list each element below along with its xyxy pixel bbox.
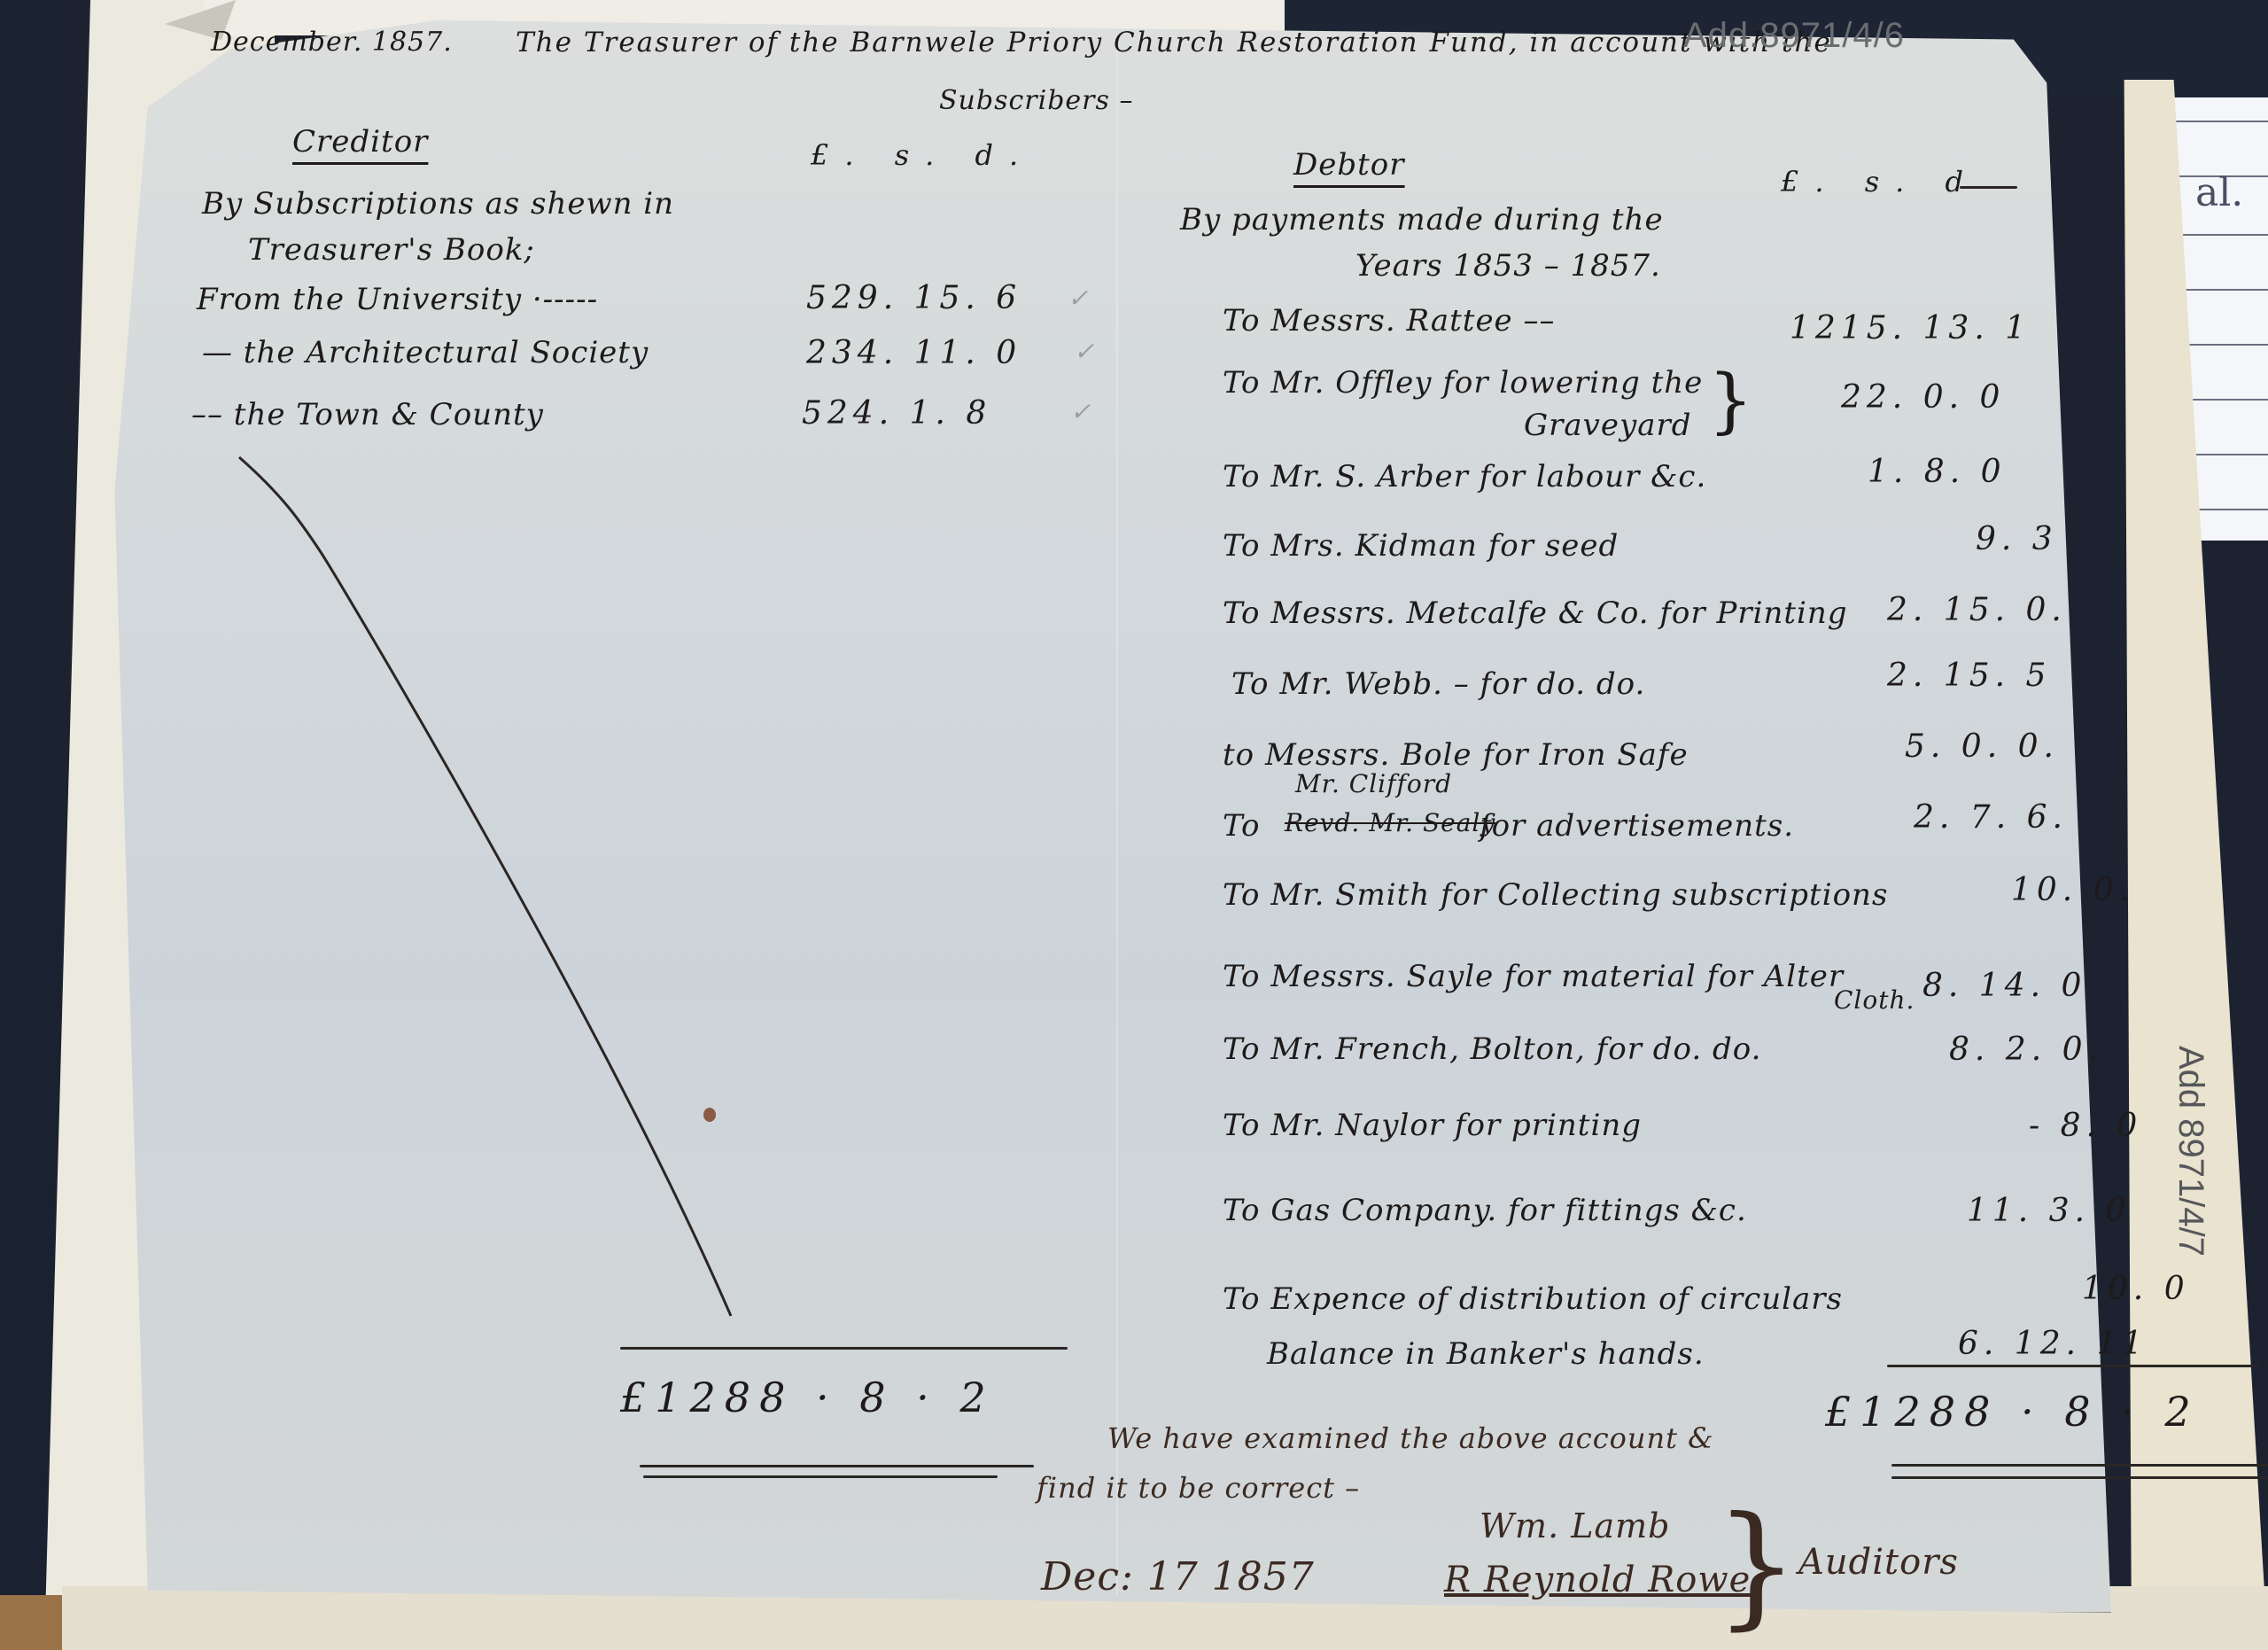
debtor-entry-label: To Mr. French, Bolton, for do. do. — [1223, 1031, 1761, 1067]
debtor-entry-amount: 2. 15. 5 — [1887, 658, 2051, 694]
brace-icon: } — [1708, 359, 1754, 441]
debtor-entry-label: To Mr. Smith for Collecting subscription… — [1223, 877, 1888, 913]
debtor-entry-amount: 11. 3. 0 — [1967, 1193, 2131, 1229]
creditor-entry-amount: 234. 11. 0 — [806, 335, 1021, 371]
creditor-total-rule — [620, 1347, 1068, 1350]
debtor-entry-amount: 22. 0. 0 — [1841, 379, 2005, 416]
debtor-entry-amount: 9. 3 — [1976, 521, 2058, 557]
debtor-entry-label: To Messrs. Rattee –– — [1223, 303, 1556, 339]
debtor-entry-label: To Gas Company. for fittings &c. — [1223, 1193, 1747, 1228]
audit-date: Dec: 17 1857 — [1041, 1554, 1315, 1599]
inserted-name: Mr. Clifford — [1295, 769, 1452, 798]
creditor-heading: Creditor — [292, 124, 428, 160]
wooden-table — [0, 1595, 62, 1650]
debtor-entry-label: To Mr. S. Arber for labour &c. — [1223, 459, 1706, 494]
auditors-label: Auditors — [1798, 1542, 1959, 1583]
creditor-entry-amount: 524. 1. 8 — [802, 395, 991, 432]
creditor-entry-label: — the Architectural Society — [202, 335, 649, 370]
creditor-total: £1288 · 8 · 2 — [620, 1374, 995, 1421]
debtor-total: £1288 · 8 · 2 — [1825, 1388, 2200, 1436]
debtor-entry-amount: - 8. 0 — [2029, 1108, 2142, 1144]
debtor-entry-amount: 8. 2. 0. — [1949, 1031, 2103, 1068]
notebook-mark: al. — [2195, 170, 2243, 215]
audit-statement-2: find it to be correct – — [1037, 1471, 1360, 1505]
creditor-double-rule-2 — [643, 1475, 998, 1478]
debtor-entry-amount: 1. 8. 0 — [1868, 454, 2007, 490]
debtor-entry-amount: 2. 7. 6. — [1914, 799, 2068, 836]
check-mark-icon: ✓ — [1068, 284, 1089, 313]
debtor-entry-label: To Mr. Webb. – for do. do. — [1231, 666, 1645, 702]
debtor-entry-label: To Messrs. Metcalfe & Co. for Printing — [1223, 595, 1848, 631]
auditor-signature-1: Wm. Lamb — [1480, 1506, 1671, 1545]
debtor-entry-label: To Messrs. Sayle for material for Alter — [1223, 959, 1844, 994]
debtor-entry-amount: 5. 0. 0. — [1905, 728, 2059, 765]
brace-icon: } — [1714, 1489, 1799, 1643]
debtor-heading: Debtor — [1293, 147, 1405, 183]
balance-label: Balance in Banker's hands. — [1267, 1336, 1705, 1372]
title-line-2: Subscribers – — [939, 85, 1133, 116]
creditor-currency-header: £. s. d. — [811, 138, 1034, 172]
debtor-entry-label-continued: Cloth. — [1834, 985, 1915, 1015]
debtor-intro-2: Years 1853 – 1857. — [1355, 248, 1661, 284]
debtor-intro-1: By payments made during the — [1180, 202, 1664, 237]
title-line-1: The Treasurer of the Barnwele Priory Chu… — [516, 27, 1832, 58]
date-header: December. 1857. — [211, 27, 453, 58]
auditor-signature-2: R Reynold Rowe — [1444, 1560, 1751, 1600]
debtor-entry-amount: 10. 0 — [2082, 1271, 2190, 1307]
paper-crease — [1116, 35, 1118, 1595]
debtor-currency-header: £. s. d — [1781, 165, 1979, 198]
debtor-entry-label-continued: for advertisements. — [1480, 808, 1794, 844]
creditor-entry-amount: 529. 15. 6 — [806, 280, 1021, 316]
cancel-diagonal-line — [230, 443, 744, 1320]
debtor-entry-label: To Expence of distribution of circulars — [1223, 1281, 1843, 1317]
balance-amount: 6. 12. 11 — [1958, 1326, 2148, 1362]
audit-statement-1: We have examined the above account & — [1107, 1421, 1714, 1455]
check-mark-icon: ✓ — [1070, 397, 1091, 426]
debtor-entry-label: To — [1223, 808, 1261, 844]
debtor-entry-label: To Mr. Naylor for printing — [1223, 1108, 1642, 1143]
creditor-intro-2: Treasurer's Book; — [248, 232, 535, 268]
debtor-entry-label: to Messrs. Bole for Iron Safe — [1223, 737, 1689, 773]
debtor-entry-label-continued: Graveyard — [1524, 408, 1692, 443]
creditor-intro-1: By Subscriptions as shewn in — [202, 186, 674, 222]
debtor-entry-label: To Mr. Offley for lowering the — [1223, 365, 1703, 401]
debtor-entry-label: To Mrs. Kidman for seed — [1223, 528, 1619, 564]
side-archive-reference: Add 8971/4/7 — [2171, 1046, 2210, 1257]
debtor-entry-amount: 2. 15. 0. — [1887, 592, 2067, 628]
debtor-entry-amount: 8. 14. 0 — [1922, 968, 2086, 1004]
archive-reference: Add.8971/4/6 — [1683, 16, 1905, 56]
debtor-double-rule-1 — [1891, 1464, 2268, 1467]
struck-name: Revd. Mr. Sealy — [1285, 808, 1495, 837]
debtor-entry-amount: 1215. 13. 1 — [1790, 310, 2031, 346]
debtor-entry-amount: 10. 0. — [2011, 872, 2134, 908]
creditor-entry-label: From the University ·----- — [197, 282, 598, 317]
creditor-double-rule-1 — [640, 1465, 1034, 1467]
debtor-total-rule — [1887, 1365, 2259, 1367]
currency-header-rule — [1960, 186, 2017, 189]
debtor-double-rule-2 — [1891, 1476, 2268, 1479]
creditor-entry-label: –– the Town & County — [191, 397, 544, 432]
check-mark-icon: ✓ — [1074, 337, 1095, 366]
